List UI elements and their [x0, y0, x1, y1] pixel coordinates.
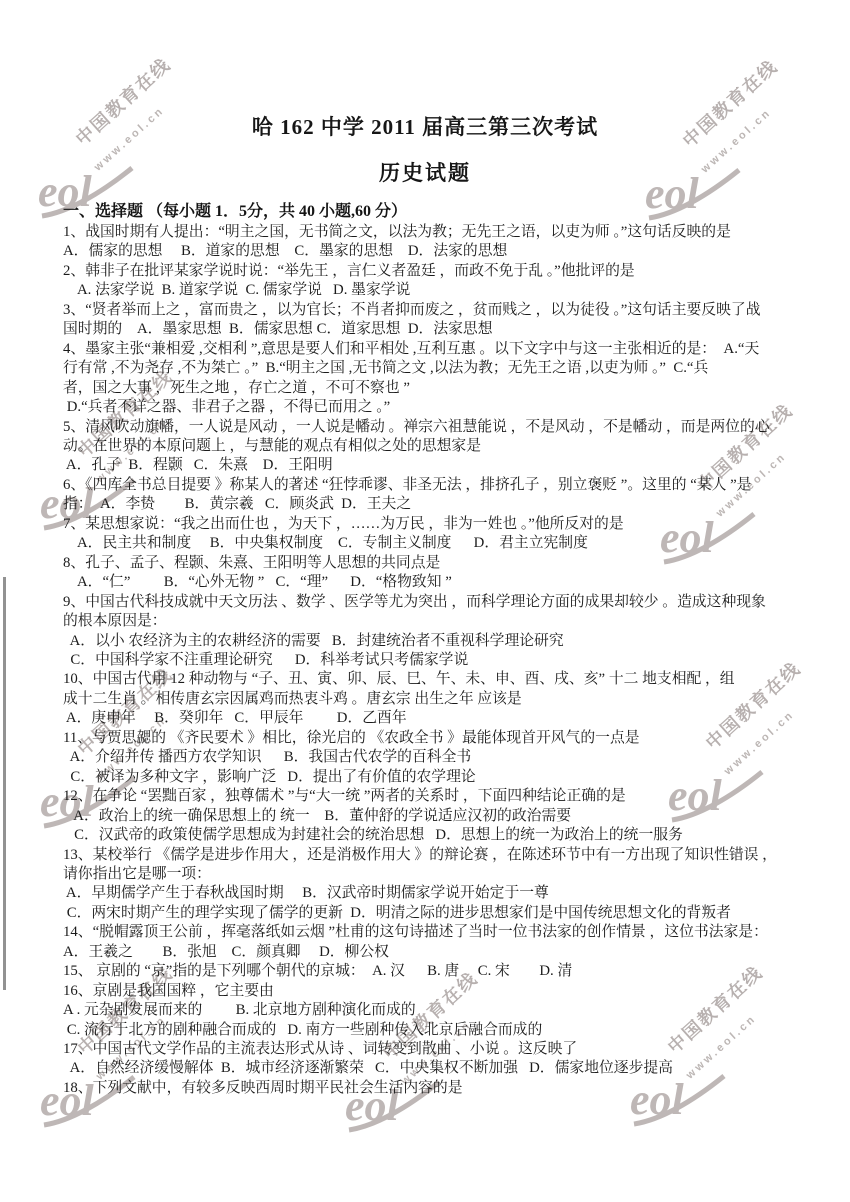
- text-line: 11、与贾思勰的 《齐民要术 》相比，徐光启的 《农政全书 》最能体现首开风气的…: [63, 729, 803, 748]
- text-line: 6、《四库全书总目提要 》称某人的著述 “狂悖乖谬、非圣无法 ，排挤孔子 ，别立…: [63, 476, 803, 495]
- text-line: 的根本原因是：: [63, 612, 803, 631]
- text-line: 12、在争论 “罢黜百家 ，独尊儒术 ”与“大一统 ”两者的关系时 ，下面四种结…: [63, 787, 803, 806]
- text-line: C．中国科学家不注重理论研究 D．科举考试只考儒家学说: [63, 651, 803, 670]
- text-line: 17、中国古代文学作品的主流表达形式从诗 、词转变到散曲 、小说 。这反映了: [63, 1040, 803, 1059]
- text-line: 2、韩非子在批评某家学说时说：“举先王 ，言仁义者盈廷 ，而政不免于乱 。”他批…: [63, 262, 803, 281]
- text-line: C. 流行于北方的剧种融合而成的 D. 南方一些剧种传入北京后融合而成的: [63, 1021, 803, 1040]
- text-line: C．两宋时期产生的理学实现了儒学的更新 D．明清之际的进步思想家们是中国传统思想…: [63, 904, 803, 923]
- text-line: 13、某校举行 《儒学是进步作用大 ，还是消极作用大 》的辩论赛 ，在陈述环节中…: [63, 846, 803, 865]
- exam-document-page: 哈 162 中学 2011 届高三第三次考试 历史试题 一、选择题 （每小题 1…: [0, 0, 850, 1202]
- text-line: C．汉武帝的政策使儒学思想成为封建社会的统治思想 D．思想上的统一为政治上的统一…: [63, 826, 803, 845]
- text-line: A．庚申年 B．癸卯年 C．甲辰年 D．乙酉年: [63, 709, 803, 728]
- text-line: A．早期儒学产生于春秋战国时期 B．汉武帝时期儒家学说开始定于一尊: [63, 884, 803, 903]
- watermark: 中国教育在线 www.eol.cn eol: [645, 66, 850, 236]
- text-line: A．以小 农经济为主的农耕经济的需要 B．封建统治者不重视科学理论研究: [63, 632, 803, 651]
- question-lines: 1、战国时期有人提出：“明主之国，无书简之文，以法为教；无先王之语，以吏为师 。…: [63, 223, 803, 1098]
- text-line: 4、墨家主张“兼相爱 ,交相利 ”,意思是要人们和平相处 ,互利互惠 。以下文字…: [63, 340, 803, 359]
- text-line: D.“兵者不详之器、非君子之器 ，不得已而用之 。”: [63, 398, 803, 417]
- scan-artifact-line: [3, 577, 6, 990]
- text-line: A．“仁” B．“心外无物 ” C．“理” D．“格物致知 ”: [63, 573, 803, 592]
- text-line: A . 元杂剧发展而来的 B. 北京地方剧种演化而成的: [63, 1001, 803, 1020]
- text-line: 请你指出它是哪一项：: [63, 865, 803, 884]
- text-line: 14、“脱帽露顶王公前 ，挥毫落纸如云烟 ”杜甫的这句诗描述了当时一位书法家的创…: [63, 923, 803, 942]
- text-line: 10、中国古代用 12 种动物与 “子、丑、寅、卯、辰、巳、午、未、申、酉、戌、…: [63, 670, 803, 689]
- text-line: 国时期的 A．墨家思想 B．儒家思想 C．道家思想 D．法家思想: [63, 320, 803, 339]
- text-line: A．民主共和制度 B．中央集权制度 C．专制主义制度 D．君主立宪制度: [63, 534, 803, 553]
- text-line: A．政治上的统一确保思想上的 统一 B．董仲舒的学说适应汉初的政治需要: [63, 807, 803, 826]
- text-line: 3、“贤者举而上之 ，富而贵之 ，以为官长；不肖者抑而废之 ，贫而贱之 ，以为徒…: [63, 301, 803, 320]
- text-line: A．介绍并传 播西方农学知识 B．我国古代农学的百科全书: [63, 748, 803, 767]
- text-line: 16、京剧是我国国粹 ，它主要由: [63, 982, 803, 1001]
- text-line: 者，国之大事 ，死生之地 ，存亡之道 ，不可不察也 ”: [63, 379, 803, 398]
- text-line: 5、清风吹动旗幡，一人说是风动 ，一人说是幡动 。禅宗六祖慧能说 ，不是风动 ，…: [63, 418, 803, 437]
- text-line: A. 法家学说 B. 道家学说 C. 儒家学说 D. 墨家学说: [63, 281, 803, 300]
- text-line: C．被译为多种文字 ，影响广泛 D．提出了有价值的农学理论: [63, 768, 803, 787]
- text-line: 动。在世界的本原问题上 ，与慧能的观点有相似之处的思想家是: [63, 437, 803, 456]
- text-line: 8、孔子、孟子、程颢、朱熹、王阳明等人思想的共同点是: [63, 554, 803, 573]
- text-line: A．孔子 B．程颢 C．朱熹 D．王阳明: [63, 456, 803, 475]
- text-line: 18、下列文献中，有较多反映西周时期平民社会生活内容的是: [63, 1079, 803, 1098]
- text-line: A．王羲之 B．张旭 C．颜真卿 D．柳公权: [63, 943, 803, 962]
- text-line: 行有常 ,不为尧存 ,不为桀亡 。” B.“明主之国 ,无书简之文 ,以法为教；…: [63, 359, 803, 378]
- text-line: 9、中国古代科技成就中天文历法 、数学 、医学等尤为突出 ，而科学理论方面的成果…: [63, 593, 803, 612]
- text-line: A．儒家的思想 B．道家的思想 C．墨家的思想 D．法家的思想: [63, 242, 803, 261]
- text-line: 7、某思想家说：“我之出而仕也 ，为天下 ，……为万民 ，非为一姓也 。”他所反…: [63, 515, 803, 534]
- text-line: A．自然经济缓慢解体 B．城市经济逐渐繁荣 C．中央集权不断加强 D．儒家地位逐…: [63, 1059, 803, 1078]
- text-line: 15、 京剧的 “京”指的是下列哪个朝代的京城： A. 汉 B. 唐 C. 宋 …: [63, 962, 803, 981]
- text-line: 1、战国时期有人提出：“明主之国，无书简之文，以法为教；无先王之语，以吏为师 。…: [63, 223, 803, 242]
- exam-subtitle: 历史试题: [0, 157, 850, 187]
- text-line: 成十二生肖 。相传唐玄宗因属鸡而热衷斗鸡 。唐玄宗 出生之年 应该是: [63, 690, 803, 709]
- section-heading: 一、选择题 （每小题 1．5分，共 40 小题,60 分）: [63, 198, 407, 221]
- text-line: 指： A．李贽 B．黄宗羲 C．顾炎武 D．王夫之: [63, 495, 803, 514]
- exam-title: 哈 162 中学 2011 届高三第三次考试: [0, 111, 850, 141]
